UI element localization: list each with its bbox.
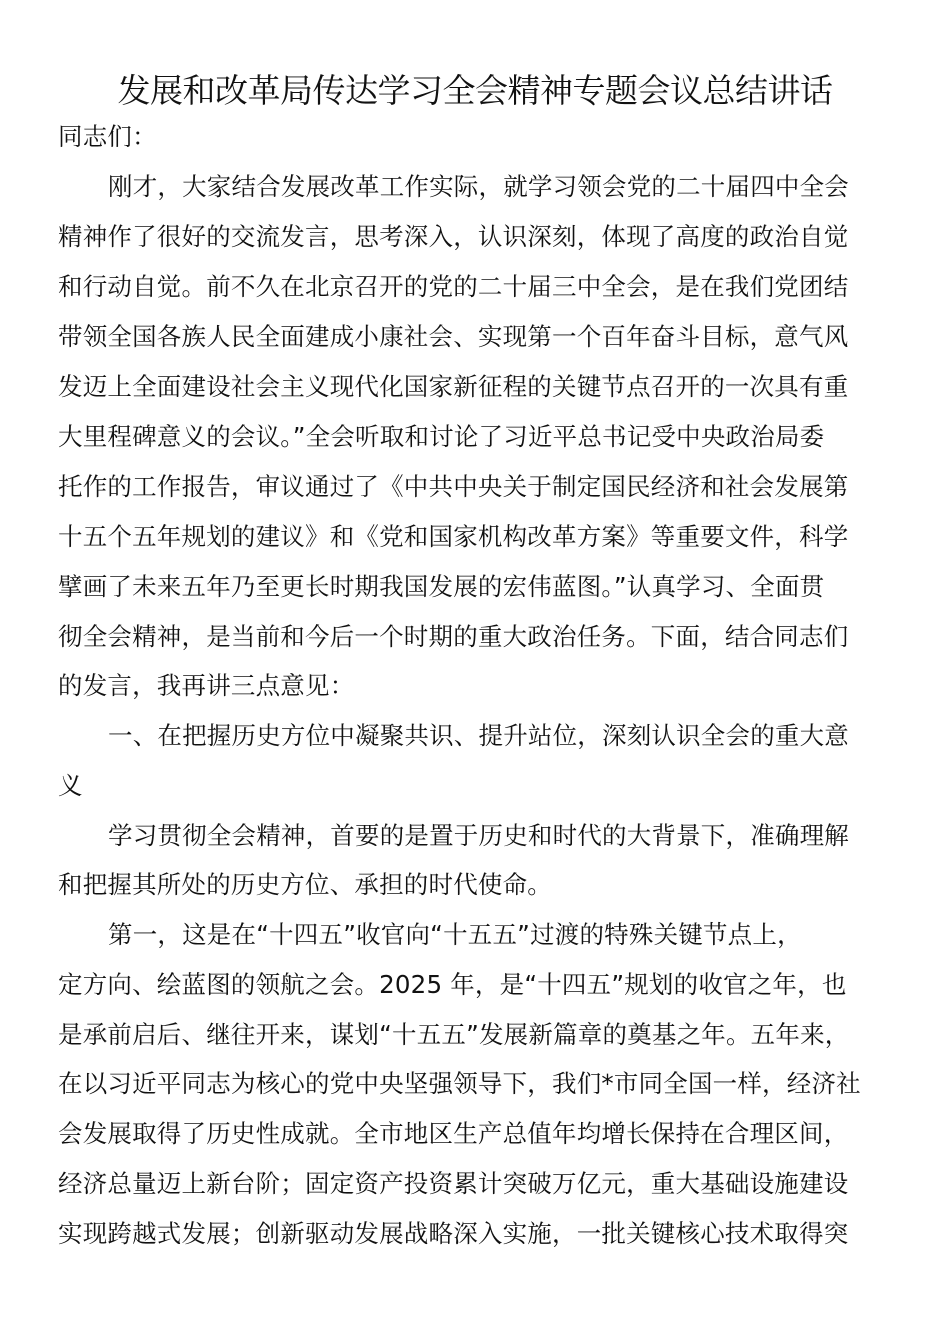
text-line: 是承前启后、继往开来，谋划“十五五”发展新篇章的奠基之年。五年来，: [58, 1010, 849, 1060]
text-line: 发迈上全面建设社会主义现代化国家新征程的关键节点召开的一次具有重: [58, 362, 848, 412]
text-line: 第一，这是在“十四五”收官向“十五五”过渡的特殊关键节点上，: [108, 910, 802, 960]
section-heading: 一、在把握历史方位中凝聚共识、提升站位，深刻认识全会的重大意: [108, 711, 849, 761]
text-line: 学习贯彻全会精神，首要的是置于历史和时代的大背景下，准确理解: [108, 811, 849, 861]
text-line: 擘画了未来五年乃至更长时期我国发展的宏伟蓝图。”认真学习、全面贯: [58, 562, 824, 612]
text-line: 会发展取得了历史性成就。全市地区生产总值年均增长保持在合理区间，: [58, 1109, 848, 1159]
text-line: 十五个五年规划的建议》和《党和国家机构改革方案》等重要文件，科学: [58, 512, 848, 562]
document-title: 发展和改革局传达学习全会精神专题会议总结讲话: [58, 66, 892, 116]
text-line: 刚才，大家结合发展改革工作实际，就学习领会党的二十届四中全会: [108, 162, 849, 212]
text-line: 和行动自觉。前不久在北京召开的党的二十届三中全会，是在我们党团结: [58, 262, 848, 312]
text-line: 经济总量迈上新台阶；固定资产投资累计突破万亿元，重大基础设施建设: [58, 1159, 848, 1209]
text-line: 托作的工作报告，审议通过了《中共中央关于制定国民经济和社会发展第: [58, 462, 848, 512]
salutation: 同志们：: [58, 112, 157, 162]
text-line: 定方向、绘蓝图的领航之会。2025 年，是“十四五”规划的收官之年，也: [58, 960, 847, 1010]
text-line: 精神作了很好的交流发言，思考深入，认识深刻，体现了高度的政治自觉: [58, 212, 848, 262]
document-page: 发展和改革局传达学习全会精神专题会议总结讲话 同志们： 刚才，大家结合发展改革工…: [0, 0, 950, 1344]
text-line: 的发言，我再讲三点意见：: [58, 661, 354, 711]
section-heading-cont: 义: [58, 761, 83, 811]
text-line: 彻全会精神，是当前和今后一个时期的重大政治任务。下面，结合同志们: [58, 612, 848, 662]
text-line: 大里程碑意义的会议。”全会听取和讨论了习近平总书记受中央政治局委: [58, 412, 824, 462]
text-line: 在以习近平同志为核心的党中央坚强领导下，我们*市同全国一样，经济社: [58, 1059, 861, 1109]
text-line: 实现跨越式发展；创新驱动发展战略深入实施，一批关键核心技术取得突: [58, 1209, 848, 1259]
text-line: 带领全国各族人民全面建成小康社会、实现第一个百年奋斗目标，意气风: [58, 312, 848, 362]
text-line: 和把握其所处的历史方位、承担的时代使命。: [58, 860, 552, 910]
